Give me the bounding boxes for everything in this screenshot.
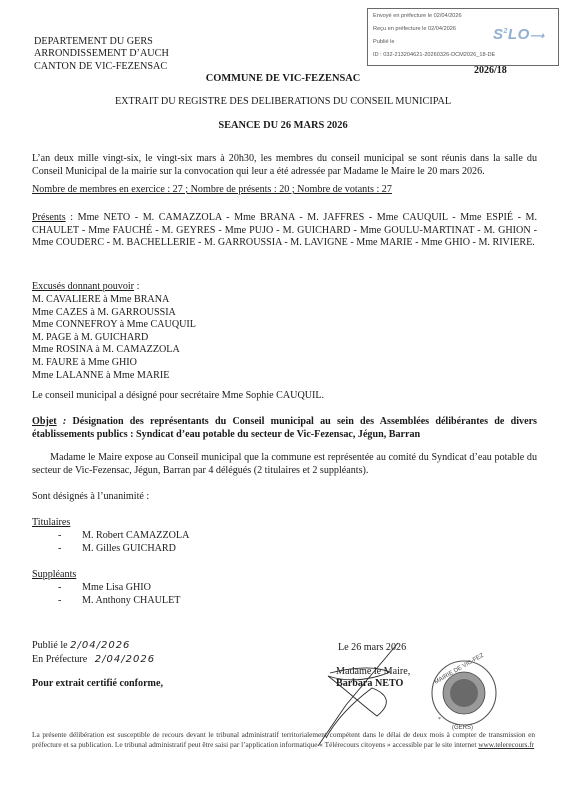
telerecours-link[interactable]: www.telerecours.fr (478, 740, 534, 749)
legal-notice: La présente délibération est susceptible… (32, 730, 535, 749)
mayor-seal-icon: MAIRIE DE VIC-FEZ (GERS) * (430, 655, 500, 733)
svg-text:*: * (438, 717, 441, 723)
